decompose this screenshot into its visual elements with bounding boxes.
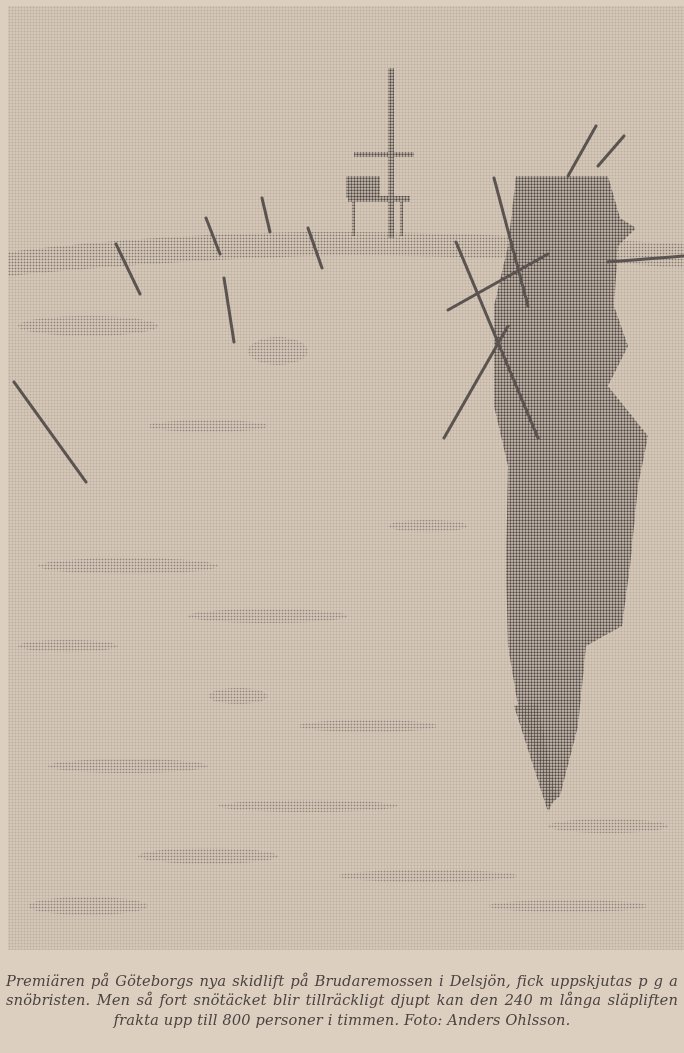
photo-illustration [8,6,684,950]
news-photo [8,6,684,950]
newspaper-clipping: Premiären på Göteborgs nya skidlift på B… [0,0,684,1053]
photo-caption: Premiären på Göteborgs nya skidlift på B… [6,972,678,1031]
